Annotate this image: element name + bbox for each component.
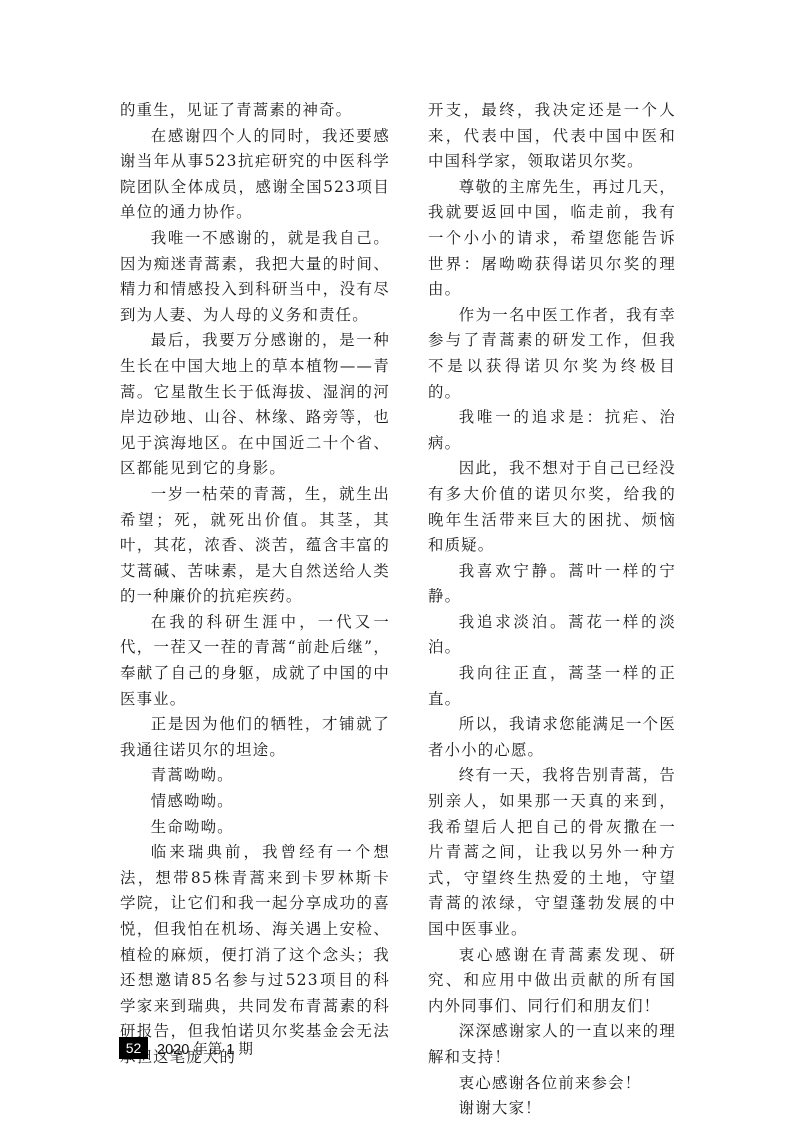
paragraph: 临来瑞典前，我曾经有一个想法，想带85株青蒿来到卡罗林斯卡学院，让它们和我一起分… <box>120 840 390 1070</box>
paragraph: 所以，我请求您能满足一个医者小小的心愿。 <box>428 712 676 763</box>
paragraph: 生命呦呦。 <box>120 815 390 841</box>
left-column: 的重生，见证了青蒿素的神奇。 在感谢四个人的同时，我还要感谢当年从事523抗疟研… <box>120 98 390 1071</box>
paragraph: 作为一名中医工作者，我有幸参与了青蒿素的研发工作，但我不是以获得诺贝尔奖为终极目… <box>428 303 676 405</box>
paragraph: 我唯一不感谢的，就是我自己。因为痴迷青蒿素，我把大量的时间、精力和情感投入到科研… <box>120 226 390 328</box>
page-footer: 52 2020 年第 1 期 <box>119 1037 253 1059</box>
paragraph: 深深感谢家人的一直以来的理解和支持！ <box>428 1019 676 1070</box>
paragraph: 正是因为他们的牺牲，才铺就了我通往诺贝尔的坦途。 <box>120 712 390 763</box>
paragraph: 情感呦呦。 <box>120 789 390 815</box>
paragraph: 尊敬的主席先生，再过几天，我就要返回中国，临走前，我有一个小小的请求，希望您能告… <box>428 175 676 303</box>
paragraph: 谢谢大家！ <box>428 1096 676 1122</box>
page-number-badge: 52 <box>119 1037 148 1059</box>
paragraph: 的重生，见证了青蒿素的神奇。 <box>120 98 390 124</box>
paragraph: 青蒿呦呦。 <box>120 763 390 789</box>
paragraph: 衷心感谢各位前来参会！ <box>428 1071 676 1097</box>
paragraph: 一岁一枯荣的青蒿，生，就生出希望；死，就死出价值。其茎，其叶，其花，浓香、淡苦，… <box>120 482 390 610</box>
paragraph: 在我的科研生涯中，一代又一代，一茬又一茬的青蒿“前赴后继”，奉献了自己的身躯，成… <box>120 610 390 712</box>
paragraph: 我喜欢宁静。蒿叶一样的宁静。 <box>428 559 676 610</box>
paragraph: 我向往正直，蒿茎一样的正直。 <box>428 661 676 712</box>
paragraph: 因此，我不想对于自己已经没有多大价值的诺贝尔奖，给我的晚年生活带来巨大的困扰、烦… <box>428 456 676 558</box>
paragraph: 终有一天，我将告别青蒿，告别亲人，如果那一天真的来到，我希望后人把自己的骨灰撒在… <box>428 763 676 942</box>
paragraph: 我唯一的追求是：抗疟、治病。 <box>428 405 676 456</box>
paragraph: 衷心感谢在青蒿素发现、研究、和应用中做出贡献的所有国内外同事们、同行们和朋友们！ <box>428 943 676 1020</box>
paragraph: 在感谢四个人的同时，我还要感谢当年从事523抗疟研究的中医科学院团队全体成员，感… <box>120 124 390 226</box>
issue-label: 2020 年第 1 期 <box>157 1038 253 1059</box>
right-column: 开支，最终，我决定还是一个人来，代表中国，代表中国中医和中国科学家，领取诺贝尔奖… <box>428 98 676 1122</box>
paragraph: 开支，最终，我决定还是一个人来，代表中国，代表中国中医和中国科学家，领取诺贝尔奖… <box>428 98 676 175</box>
journal-page: 的重生，见证了青蒿素的神奇。 在感谢四个人的同时，我还要感谢当年从事523抗疟研… <box>0 0 793 1122</box>
paragraph: 最后，我要万分感谢的，是一种生长在中国大地上的草本植物——青蒿。它星散生长于低海… <box>120 328 390 482</box>
paragraph: 我追求淡泊。蒿花一样的淡泊。 <box>428 610 676 661</box>
